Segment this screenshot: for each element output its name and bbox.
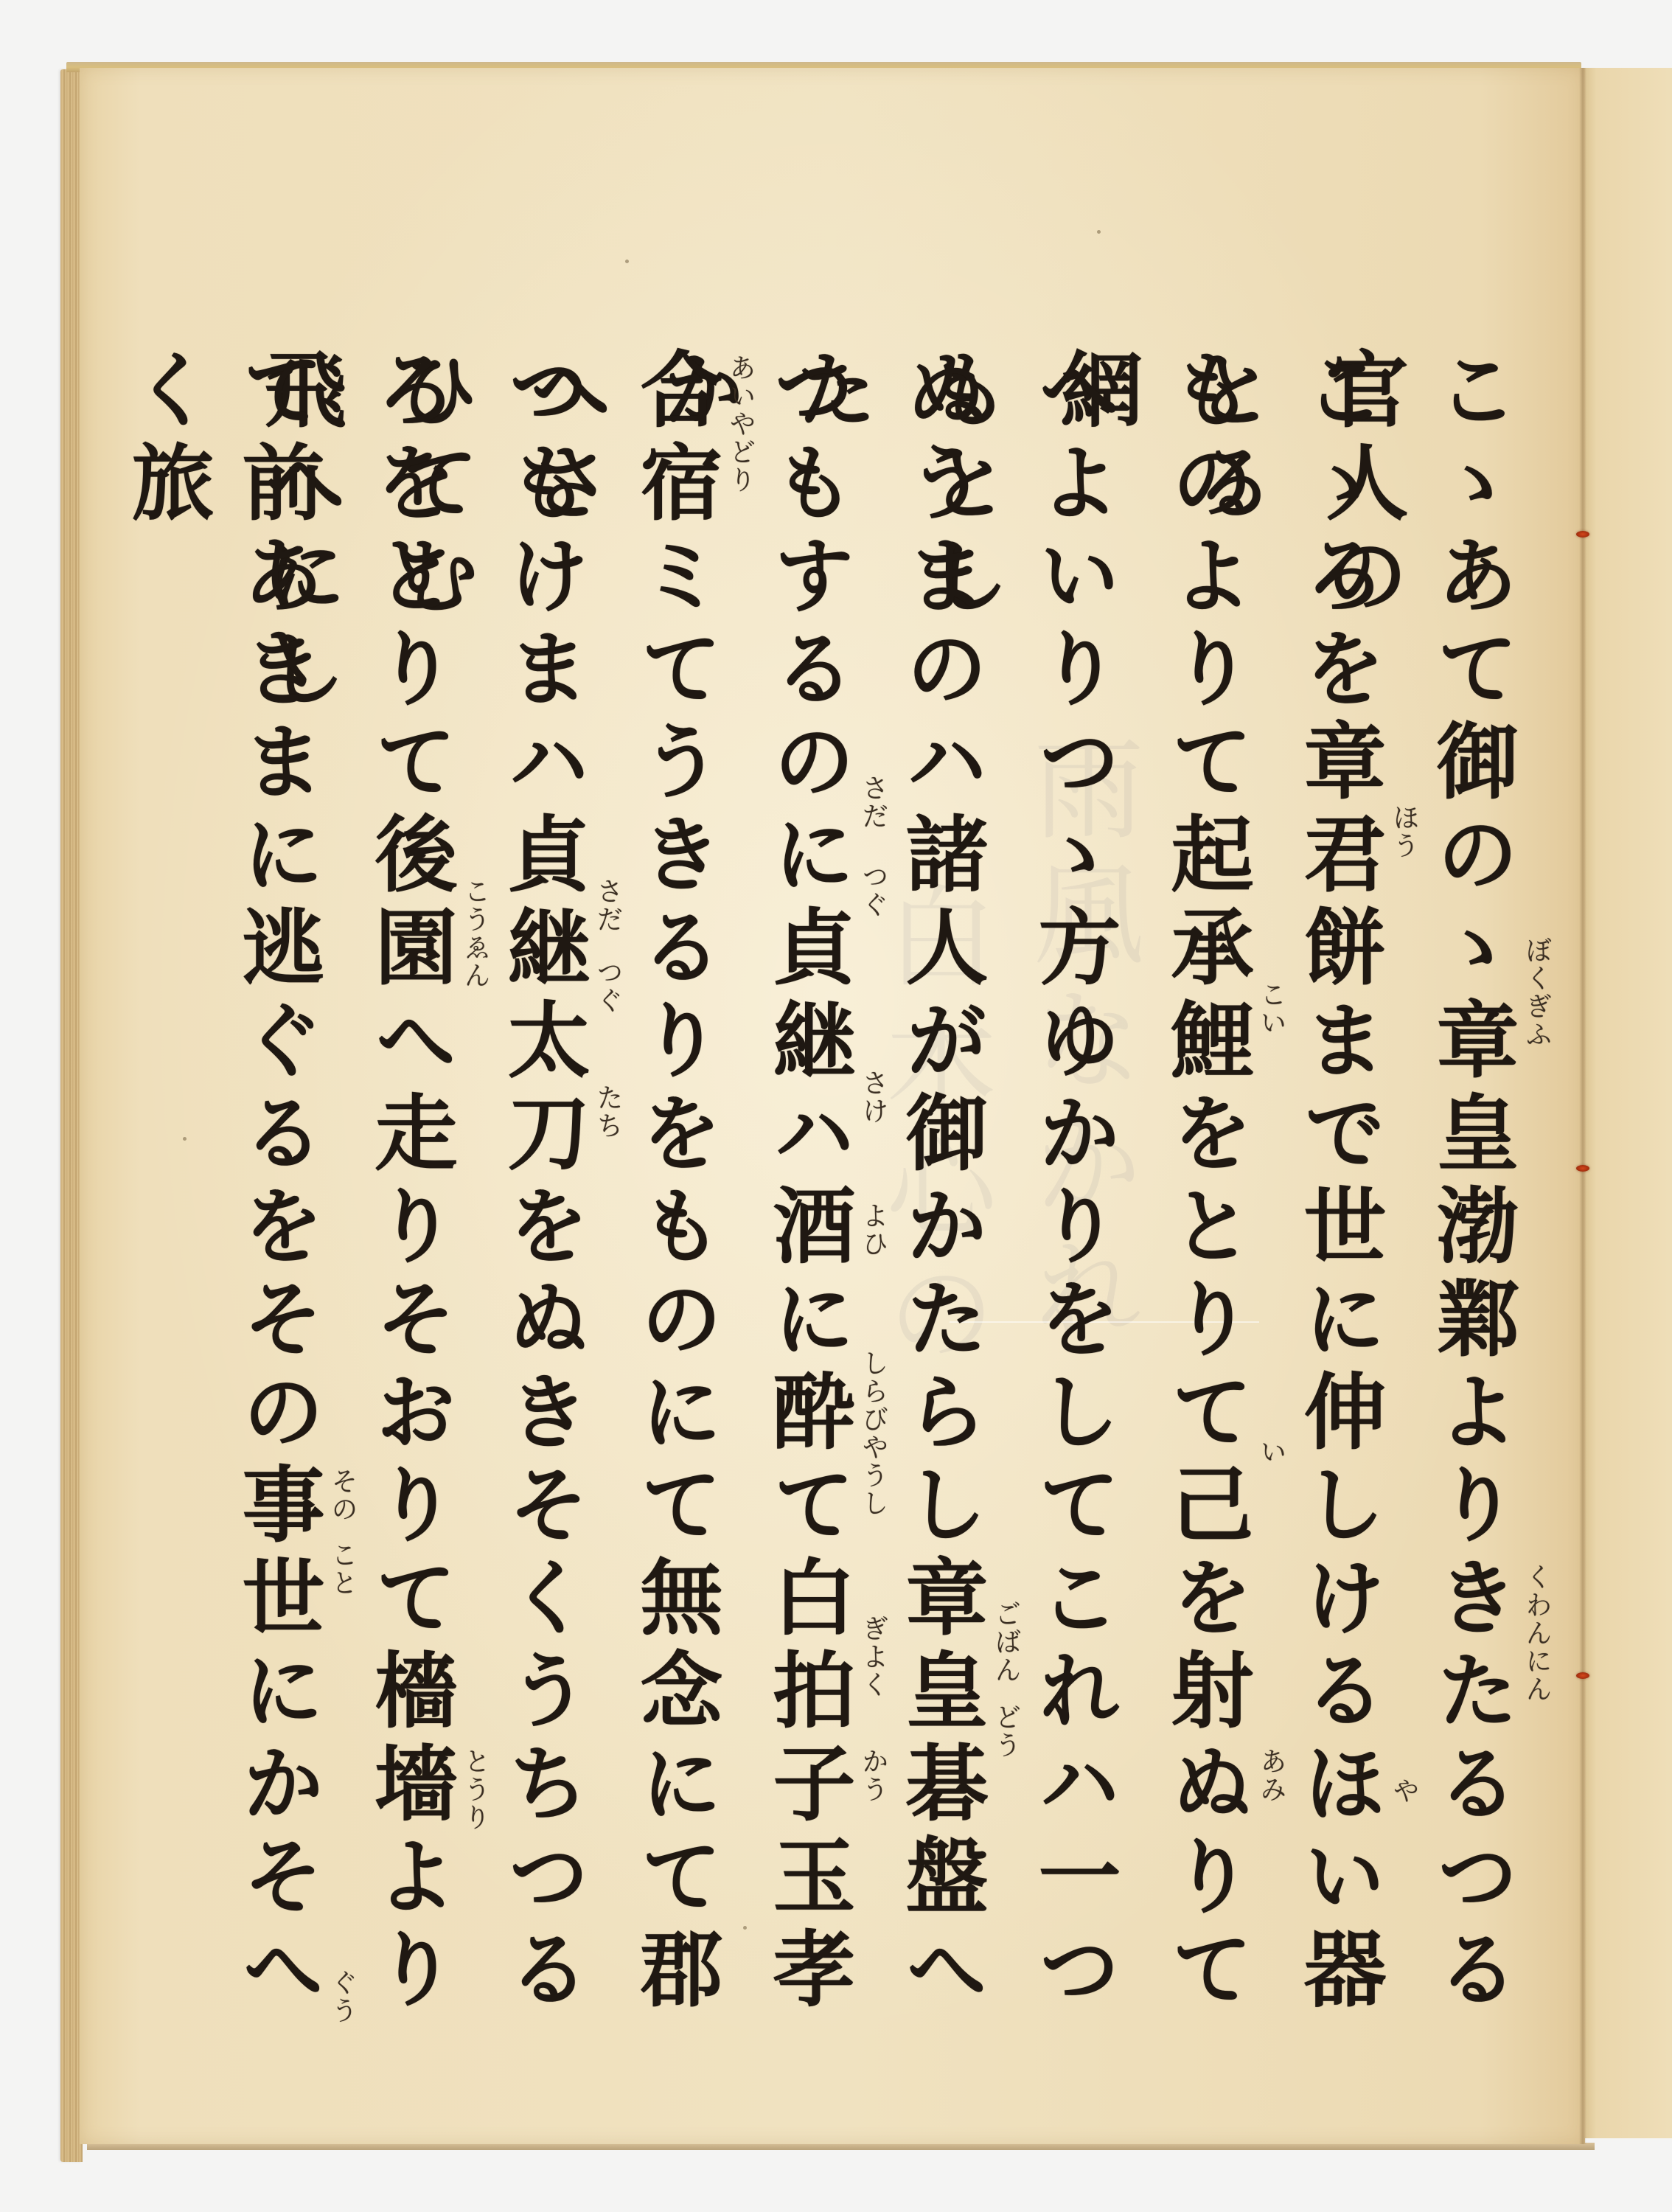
furigana: あいやどり [725, 354, 755, 494]
facing-page-edge [1585, 68, 1672, 2138]
text-column-10: て前あきまに逃ぐるをその事世にかそへく旅 その こと ぐう [221, 347, 332, 2057]
text-column-1: こゝあて御のゝ章皇渤鄴よりきたるつる官人の ぼくぎふ くわんにん [1415, 347, 1526, 2057]
paper-speck [1097, 230, 1101, 234]
furigana: こうゑん [460, 877, 490, 990]
furigana: さけ [858, 1069, 888, 1125]
furigana: その [327, 1467, 357, 1523]
furigana-layer: その こと ぐう [327, 347, 357, 2057]
furigana-layer: さだ つぐ たち [593, 347, 622, 2057]
furigana-layer: さだ つぐ さけ よひ しらびやうし ぎよく かう [858, 347, 888, 2057]
binding-thread-hole [1576, 1672, 1589, 1679]
furigana: とうり [460, 1747, 490, 1832]
furigana: つぐ [858, 863, 888, 919]
furigana: しらびやうし [858, 1349, 888, 1517]
furigana: さだ [593, 877, 622, 933]
furigana: や [1389, 1777, 1418, 1805]
text-column-7: 合宿ミてうきるりをものにて無念にて郡へさ あいやどり [619, 347, 730, 2057]
furigana: つぐ [593, 959, 622, 1015]
furigana: い [1256, 1438, 1286, 1466]
furigana: ごばん [991, 1600, 1020, 1684]
furigana-layer: ほう や [1389, 347, 1418, 2057]
furigana: こい [1256, 981, 1286, 1037]
text-column-9: ろをとりて後園へ走りそおりて檣墻より飛へにし こうゑん とうり [354, 347, 464, 2057]
furigana: ぐう [327, 1969, 357, 2025]
binding-gutter [1579, 68, 1586, 2144]
furigana: かう [858, 1747, 888, 1804]
furigana: どう [991, 1703, 1020, 1759]
furigana: ぎよく [858, 1615, 888, 1699]
furigana: ほう [1389, 804, 1418, 860]
text-column-6: つもするのに貞継ハ酒に酔て白拍子玉孝か さだ つぐ さけ よひ しらびやうし ぎ… [752, 347, 863, 2057]
column-text: て前あきまに逃ぐるをその事世にかそへく旅 [111, 347, 332, 2057]
furigana: あみ [1256, 1747, 1286, 1804]
furigana-layer: こうゑん とうり [460, 347, 490, 2057]
furigana: ぼくぎふ [1522, 936, 1551, 1048]
furigana-layer: ぼくぎふ くわんにん [1522, 347, 1551, 2057]
binding-thread-hole [1576, 1165, 1589, 1172]
furigana: さだ [858, 774, 888, 830]
furigana: たち [593, 1084, 622, 1140]
furigana-layer: ごばん どう [991, 347, 1020, 2057]
text-columns: こゝあて御のゝ章皇渤鄴よりきたるつる官人の ぼくぎふ くわんにん こゝろを章君餅… [221, 347, 1526, 2057]
text-column-2: こゝろを章君餅まで世に伸しけるほい器とる ほう や [1283, 347, 1393, 2057]
text-column-4: へよいりつゝ方ゆかりをしてこれハ一つもとし [1017, 347, 1128, 2057]
furigana: くわんにん [1522, 1563, 1551, 1703]
text-column-8: つもけまハ貞継太刀をぬきそくうちつるひてむ さだ つぐ たち [487, 347, 597, 2057]
furigana-layer: こい い あみ [1256, 347, 1286, 2057]
paper-speck [625, 260, 629, 263]
furigana: よひ [858, 1202, 888, 1258]
text-column-5: ぬうまのハ諸人が御かたらし章皇碁盤へた ごばん どう [885, 347, 995, 2057]
text-column-3: ものよりて起承鯉をとりて己を射ぬりて網 こい い あみ [1150, 347, 1261, 2057]
binding-thread-hole [1576, 531, 1589, 538]
furigana: こと [327, 1541, 357, 1597]
furigana-layer: あいやどり [725, 347, 755, 2057]
